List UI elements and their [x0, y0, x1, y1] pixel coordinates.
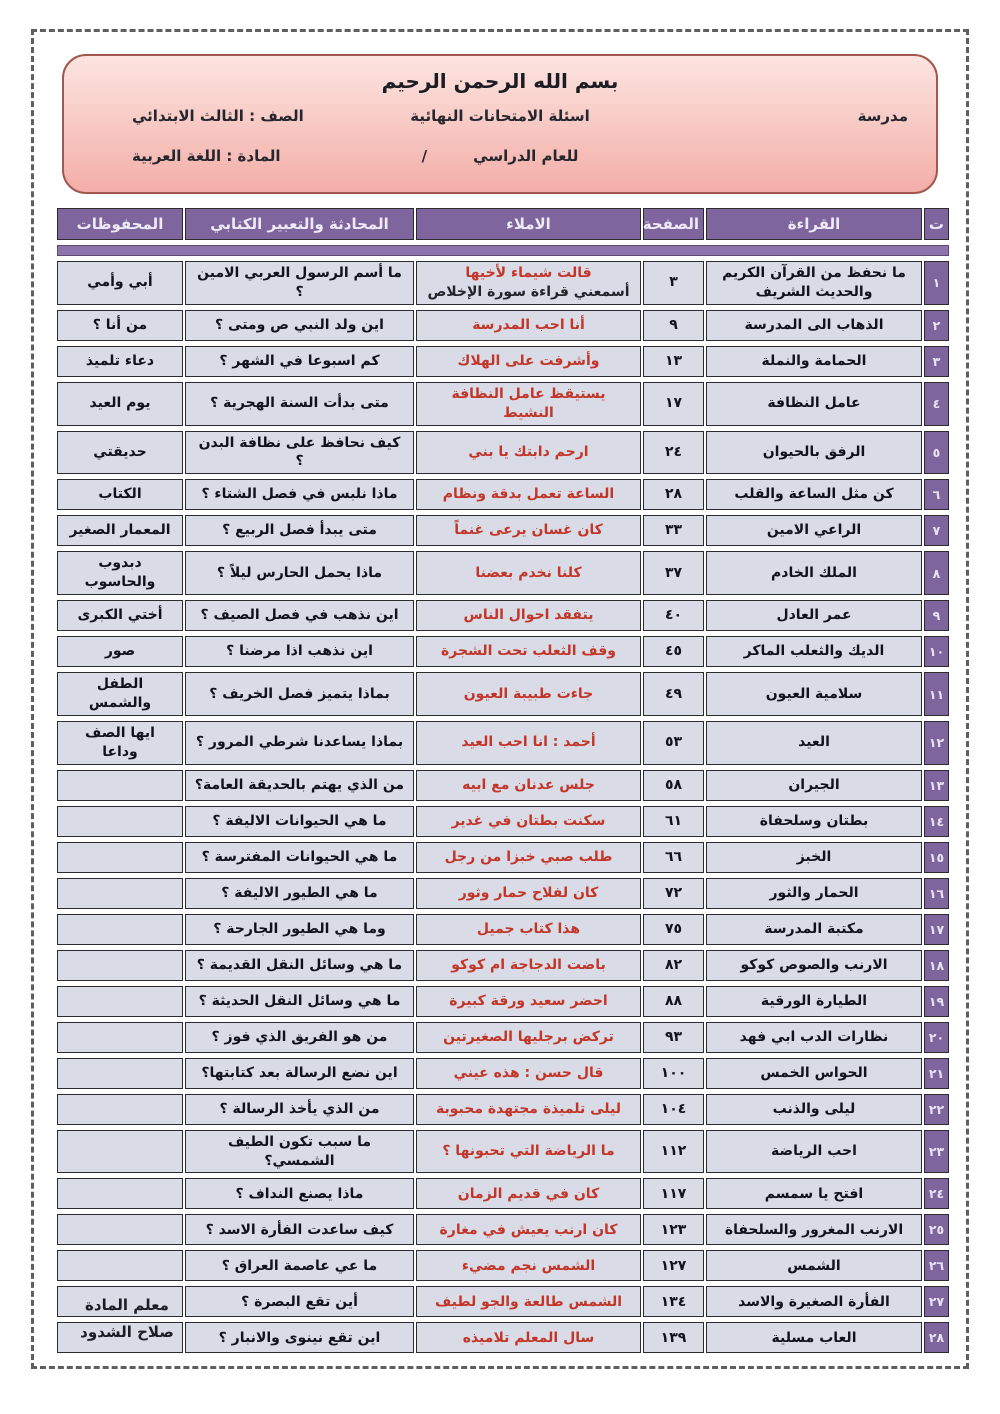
memorization-cell: حديقتي — [57, 431, 183, 475]
table-row: ٢٤ افتح يا سمسم ١١٧ كان في قديم الزمان م… — [57, 1178, 949, 1209]
header-spacer — [664, 147, 908, 165]
row-number: ٢١ — [924, 1058, 949, 1089]
page-cell: ٤٠ — [643, 600, 704, 631]
row-number: ٦ — [924, 479, 949, 510]
reading-cell: الارنب المغرور والسلحفاة — [706, 1214, 922, 1245]
dictation-line1: كان غسان يرعى غنماً — [425, 521, 632, 540]
dictation-cell: الشمس طالعة والجو لطيف — [416, 1286, 641, 1317]
dictation-line1: وأشرفت على الهلاك — [425, 352, 632, 371]
table-row: ٢٣ احب الرياضة ١١٢ ما الرياضة التي تحبون… — [57, 1130, 949, 1174]
reading-cell: الحمامة والنملة — [706, 346, 922, 377]
reading-cell: ما نحفظ من القرآن الكريم والحديث الشريف — [706, 261, 922, 305]
row-number: ٢٧ — [924, 1286, 949, 1317]
reading-cell: الشمس — [706, 1250, 922, 1281]
dictation-line1: الساعة تعمل بدقة ونظام — [425, 485, 632, 504]
row-number: ١٨ — [924, 950, 949, 981]
header-info-row2: للعام الدراسي/ المادة : اللغة العربية — [64, 125, 936, 165]
row-number: ١٠ — [924, 636, 949, 667]
dictation-cell: قالت شيماء لأخيهاأسمعني قراءة سورة الإخل… — [416, 261, 641, 305]
row-number: ١٧ — [924, 914, 949, 945]
row-number: ٢٦ — [924, 1250, 949, 1281]
reading-cell: الملك الخادم — [706, 551, 922, 595]
col-header-page: الصفحة — [643, 208, 704, 240]
page-cell: ٨٢ — [643, 950, 704, 981]
table-row: ١٣ الجيران ٥٨ جلس عدنان مع ابيه من الذي … — [57, 770, 949, 801]
memorization-cell: ايها الصف وداعا — [57, 721, 183, 765]
dictation-cell: سكنت بطتان في غدير — [416, 806, 641, 837]
conversation-cell: متى يبدأ فصل الربيع ؟ — [185, 515, 414, 546]
page-cell: ٩٣ — [643, 1022, 704, 1053]
dictation-cell: جلس عدنان مع ابيه — [416, 770, 641, 801]
memorization-cell — [57, 842, 183, 873]
conversation-cell: كم اسبوعا في الشهر ؟ — [185, 346, 414, 377]
memorization-cell — [57, 986, 183, 1017]
row-number: ٣ — [924, 346, 949, 377]
memorization-cell: دبدوب والحاسوب — [57, 551, 183, 595]
reading-cell: نظارات الدب ابي فهد — [706, 1022, 922, 1053]
dictation-line1: باضت الدجاجة ام كوكو — [425, 956, 632, 975]
memorization-cell — [57, 1130, 183, 1174]
memorization-cell: أختي الكبرى — [57, 600, 183, 631]
reading-cell: احب الرياضة — [706, 1130, 922, 1174]
page-cell: ١٢٣ — [643, 1214, 704, 1245]
memorization-cell — [57, 878, 183, 909]
dictation-line1: احضر سعيد ورقة كبيرة — [425, 992, 632, 1011]
school-label: مدرسة — [664, 107, 908, 125]
col-header-memorization: المحفوظات — [57, 208, 183, 240]
exam-document-page: { "header": { "basmala": "بسم الله الرحم… — [0, 0, 1000, 1414]
reading-cell: الارنب والصوص كوكو — [706, 950, 922, 981]
reading-cell: الجيران — [706, 770, 922, 801]
conversation-cell: اين نذهب اذا مرضنا ؟ — [185, 636, 414, 667]
reading-cell: ليلى والذنب — [706, 1094, 922, 1125]
dictation-line1: طلب صبي خبزا من رجل — [425, 848, 632, 867]
conversation-cell: اين ولد النبي ص ومتى ؟ — [185, 310, 414, 341]
page-cell: ١٣٤ — [643, 1286, 704, 1317]
reading-cell: افتح يا سمسم — [706, 1178, 922, 1209]
memorization-cell: من أنا ؟ — [57, 310, 183, 341]
reading-cell: الفأرة الصغيرة والاسد — [706, 1286, 922, 1317]
dictation-cell: كان في قديم الزمان — [416, 1178, 641, 1209]
table-row: ١٤ بطتان وسلحفاة ٦١ سكنت بطتان في غدير م… — [57, 806, 949, 837]
row-number: ٢ — [924, 310, 949, 341]
row-number: ٢٨ — [924, 1322, 949, 1353]
page-cell: ٩ — [643, 310, 704, 341]
row-number: ١٤ — [924, 806, 949, 837]
table-row: ١٦ الحمار والثور ٧٢ كان لفلاح حمار وثور … — [57, 878, 949, 909]
table-row: ١٧ مكتبة المدرسة ٧٥ هذا كتاب جميل وما هي… — [57, 914, 949, 945]
memorization-cell — [57, 1214, 183, 1245]
col-header-conversation: المحادثة والتعبير الكتابي — [185, 208, 414, 240]
page-cell: ٧٥ — [643, 914, 704, 945]
memorization-cell — [57, 1058, 183, 1089]
conversation-cell: ما عي عاصمة العراق ؟ — [185, 1250, 414, 1281]
page-cell: ٣٣ — [643, 515, 704, 546]
reading-cell: كن مثل الساعة والقلب — [706, 479, 922, 510]
reading-cell: الطيارة الورقية — [706, 986, 922, 1017]
reading-cell: سلامية العيون — [706, 672, 922, 716]
page-cell: ١٢٧ — [643, 1250, 704, 1281]
dictation-line1: الشمس طالعة والجو لطيف — [425, 1293, 632, 1312]
dictation-line1: هذا كتاب جميل — [425, 920, 632, 939]
dictation-line1: يستيقظ عامل النظافة النشيط — [425, 385, 632, 423]
table-row: ٢٠ نظارات الدب ابي فهد ٩٣ تركض برجليها ا… — [57, 1022, 949, 1053]
dictation-cell: ارحم دابتك يا بني — [416, 431, 641, 475]
page-cell: ٥٣ — [643, 721, 704, 765]
page-cell: ١١٢ — [643, 1130, 704, 1174]
subject-label: المادة : اللغة العربية — [92, 147, 336, 165]
dictation-line1: أحمد : انا احب العيد — [425, 733, 632, 752]
page-cell: ١١٧ — [643, 1178, 704, 1209]
conversation-cell: ما هي وسائل النقل القديمة ؟ — [185, 950, 414, 981]
dictation-cell: جاءت طبيبة العيون — [416, 672, 641, 716]
memorization-cell — [57, 1250, 183, 1281]
exam-table-body: ١ ما نحفظ من القرآن الكريم والحديث الشري… — [57, 261, 949, 1353]
conversation-cell: ماذا يحمل الحارس ليلاً ؟ — [185, 551, 414, 595]
page-cell: ١٣٩ — [643, 1322, 704, 1353]
dictation-line1: وقف الثعلب تحت الشجرة — [425, 642, 632, 661]
teacher-label: معلم المادة — [62, 1292, 192, 1319]
dictation-line1: تركض برجليها الصغيرتين — [425, 1028, 632, 1047]
reading-cell: العيد — [706, 721, 922, 765]
row-number: ١٣ — [924, 770, 949, 801]
table-row: ٩ عمر العادل ٤٠ يتفقد احوال الناس اين نذ… — [57, 600, 949, 631]
dictation-cell: باضت الدجاجة ام كوكو — [416, 950, 641, 981]
memorization-cell — [57, 806, 183, 837]
page-cell: ٦٦ — [643, 842, 704, 873]
dictation-line1: أنا احب المدرسة — [425, 316, 632, 335]
page-cell: ١٠٤ — [643, 1094, 704, 1125]
page-cell: ٢٤ — [643, 431, 704, 475]
reading-cell: عامل النظافة — [706, 382, 922, 426]
dictation-line1: كان لفلاح حمار وثور — [425, 884, 632, 903]
memorization-cell: صور — [57, 636, 183, 667]
dictation-cell: وقف الثعلب تحت الشجرة — [416, 636, 641, 667]
page-cell: ٨٨ — [643, 986, 704, 1017]
memorization-cell — [57, 1022, 183, 1053]
conversation-cell: وما هي الطيور الجارحة ؟ — [185, 914, 414, 945]
row-number: ١ — [924, 261, 949, 305]
dictation-cell: أنا احب المدرسة — [416, 310, 641, 341]
basmala-title: بسم الله الرحمن الرحيم — [64, 56, 936, 93]
page-cell: ١٣ — [643, 346, 704, 377]
table-row: ٣ الحمامة والنملة ١٣ وأشرفت على الهلاك ك… — [57, 346, 949, 377]
dictation-cell: كان لفلاح حمار وثور — [416, 878, 641, 909]
dictation-line1: ما الرياضة التي تحبونها ؟ — [425, 1142, 632, 1161]
dictation-cell: كان ارنب يعيش في مغارة — [416, 1214, 641, 1245]
table-row: ١٩ الطيارة الورقية ٨٨ احضر سعيد ورقة كبي… — [57, 986, 949, 1017]
conversation-cell: ما أسم الرسول العربي الامين ؟ — [185, 261, 414, 305]
row-number: ٢٥ — [924, 1214, 949, 1245]
reading-cell: الخبز — [706, 842, 922, 873]
dictation-line1: كلنا نخدم بعضنا — [425, 564, 632, 583]
dictation-cell: كلنا نخدم بعضنا — [416, 551, 641, 595]
row-number: ٢٢ — [924, 1094, 949, 1125]
dictation-cell: الشمس نجم مضيء — [416, 1250, 641, 1281]
reading-cell: الذهاب الى المدرسة — [706, 310, 922, 341]
conversation-cell: من الذي يأخذ الرسالة ؟ — [185, 1094, 414, 1125]
dictation-cell: هذا كتاب جميل — [416, 914, 641, 945]
page-cell: ٣٧ — [643, 551, 704, 595]
table-row: ٨ الملك الخادم ٣٧ كلنا نخدم بعضنا ماذا ي… — [57, 551, 949, 595]
memorization-cell: دعاء تلميذ — [57, 346, 183, 377]
conversation-cell: ما هي الحيوانات الاليفة ؟ — [185, 806, 414, 837]
header-info-row1: مدرسة اسئلة الامتحانات النهائية الصف : ا… — [64, 93, 936, 125]
conversation-cell: بماذا يتميز فصل الخريف ؟ — [185, 672, 414, 716]
dictation-cell: يتفقد احوال الناس — [416, 600, 641, 631]
page-cell: ٤٥ — [643, 636, 704, 667]
dictation-line1: قالت شيماء لأخيها — [425, 264, 632, 283]
conversation-cell: اين تقع نينوى والانبار ؟ — [185, 1322, 414, 1353]
table-row: ٥ الرفق بالحيوان ٢٤ ارحم دابتك يا بني كي… — [57, 431, 949, 475]
table-row: ٧ الراعي الامين ٣٣ كان غسان يرعى غنماً م… — [57, 515, 949, 546]
dictation-cell: أحمد : انا احب العيد — [416, 721, 641, 765]
table-row: ١١ سلامية العيون ٤٩ جاءت طبيبة العيون بم… — [57, 672, 949, 716]
conversation-cell: اين نضع الرسالة بعد كتابتها؟ — [185, 1058, 414, 1089]
row-number: ٤ — [924, 382, 949, 426]
table-row: ١٨ الارنب والصوص كوكو ٨٢ باضت الدجاجة ام… — [57, 950, 949, 981]
conversation-cell: من الذي يهتم بالحديقة العامة؟ — [185, 770, 414, 801]
exam-header-box: بسم الله الرحمن الرحيم مدرسة اسئلة الامت… — [62, 54, 938, 194]
table-row: ٢٢ ليلى والذنب ١٠٤ ليلى تلميذة مجتهدة مح… — [57, 1094, 949, 1125]
conversation-cell: ما هي الحيوانات المفترسة ؟ — [185, 842, 414, 873]
dictation-cell: الساعة تعمل بدقة ونظام — [416, 479, 641, 510]
dictation-line1: كان ارنب يعيش في مغارة — [425, 1221, 632, 1240]
table-row: ٢٥ الارنب المغرور والسلحفاة ١٢٣ كان ارنب… — [57, 1214, 949, 1245]
row-number: ٢٠ — [924, 1022, 949, 1053]
teacher-name: صلاح الشدود — [62, 1319, 192, 1346]
page-cell: ٦١ — [643, 806, 704, 837]
page-cell: ٢٨ — [643, 479, 704, 510]
dictation-cell: تركض برجليها الصغيرتين — [416, 1022, 641, 1053]
page-cell: ٧٢ — [643, 878, 704, 909]
col-header-reading: القراءة — [706, 208, 922, 240]
row-number: ١٢ — [924, 721, 949, 765]
conversation-cell: متى بدأت السنة الهجرية ؟ — [185, 382, 414, 426]
dictation-line2: أسمعني قراءة سورة الإخلاص — [425, 283, 632, 302]
year-text: للعام الدراسي — [473, 147, 578, 165]
dictation-line1: سكنت بطتان في غدير — [425, 812, 632, 831]
dictation-line1: كان في قديم الزمان — [425, 1185, 632, 1204]
conversation-cell: ما هي الطيور الاليفة ؟ — [185, 878, 414, 909]
row-number: ٨ — [924, 551, 949, 595]
dictation-cell: ما الرياضة التي تحبونها ؟ — [416, 1130, 641, 1174]
row-number: ٢٣ — [924, 1130, 949, 1174]
memorization-cell — [57, 914, 183, 945]
dictation-line1: يتفقد احوال الناس — [425, 606, 632, 625]
row-number: ١٥ — [924, 842, 949, 873]
dictation-line1: ليلى تلميذة مجتهدة محبوبة — [425, 1100, 632, 1119]
col-header-dictation: الاملاء — [416, 208, 641, 240]
memorization-cell: الطفل والشمس — [57, 672, 183, 716]
row-number: ٢٤ — [924, 1178, 949, 1209]
conversation-cell: من هو الفريق الذي فوز ؟ — [185, 1022, 414, 1053]
dictation-cell: وأشرفت على الهلاك — [416, 346, 641, 377]
page-cell: ٣ — [643, 261, 704, 305]
school-year-label: للعام الدراسي/ — [336, 147, 665, 165]
row-number: ٩ — [924, 600, 949, 631]
conversation-cell: ماذا يصنع النداف ؟ — [185, 1178, 414, 1209]
dictation-line1: الشمس نجم مضيء — [425, 1257, 632, 1276]
row-number: ٧ — [924, 515, 949, 546]
dictation-cell: كان غسان يرعى غنماً — [416, 515, 641, 546]
row-number: ١٦ — [924, 878, 949, 909]
grade-label: الصف : الثالث الابتدائي — [92, 107, 336, 125]
exam-questions-table: ت القراءة الصفحة الاملاء المحادثة والتعب… — [55, 203, 951, 1358]
reading-cell: العاب مسلية — [706, 1322, 922, 1353]
page-cell: ١٧ — [643, 382, 704, 426]
memorization-cell: أبي وأمي — [57, 261, 183, 305]
dictation-cell: يستيقظ عامل النظافة النشيط — [416, 382, 641, 426]
conversation-cell: كيف نحافظ على نظافة البدن ؟ — [185, 431, 414, 475]
header-strip — [57, 245, 949, 256]
table-row: ١٥ الخبز ٦٦ طلب صبي خبزا من رجل ما هي ال… — [57, 842, 949, 873]
memorization-cell — [57, 1178, 183, 1209]
dictation-line1: جلس عدنان مع ابيه — [425, 776, 632, 795]
memorization-cell: يوم العيد — [57, 382, 183, 426]
row-number: ١٩ — [924, 986, 949, 1017]
dictation-cell: ليلى تلميذة مجتهدة محبوبة — [416, 1094, 641, 1125]
table-row: ٤ عامل النظافة ١٧ يستيقظ عامل النظافة ال… — [57, 382, 949, 426]
page-cell: ٥٨ — [643, 770, 704, 801]
memorization-cell — [57, 950, 183, 981]
table-header-row: ت القراءة الصفحة الاملاء المحادثة والتعب… — [57, 208, 949, 240]
conversation-cell: ما سبب تكون الطيف الشمسي؟ — [185, 1130, 414, 1174]
dictation-line1: سال المعلم تلاميذه — [425, 1329, 632, 1348]
conversation-cell: كيف ساعدت الفأرة الاسد ؟ — [185, 1214, 414, 1245]
dictation-cell: سال المعلم تلاميذه — [416, 1322, 641, 1353]
dictation-line1: قال حسن : هذه عيني — [425, 1064, 632, 1083]
dictation-cell: احضر سعيد ورقة كبيرة — [416, 986, 641, 1017]
memorization-cell — [57, 1094, 183, 1125]
dictation-line1: ارحم دابتك يا بني — [425, 443, 632, 462]
conversation-cell: بماذا يساعدنا شرطي المرور ؟ — [185, 721, 414, 765]
conversation-cell: ما هي وسائل النقل الحديثة ؟ — [185, 986, 414, 1017]
table-row: ١٠ الديك والثعلب الماكر ٤٥ وقف الثعلب تح… — [57, 636, 949, 667]
reading-cell: الديك والثعلب الماكر — [706, 636, 922, 667]
conversation-cell: ماذا نلبس في فصل الشتاء ؟ — [185, 479, 414, 510]
conversation-cell: اين نذهب في فصل الصيف ؟ — [185, 600, 414, 631]
reading-cell: الحمار والثور — [706, 878, 922, 909]
reading-cell: عمر العادل — [706, 600, 922, 631]
page-cell: ١٠٠ — [643, 1058, 704, 1089]
reading-cell: مكتبة المدرسة — [706, 914, 922, 945]
exam-title: اسئلة الامتحانات النهائية — [336, 107, 665, 125]
table-row: ٢١ الحواس الخمس ١٠٠ قال حسن : هذه عيني ا… — [57, 1058, 949, 1089]
memorization-cell: المعمار الصغير — [57, 515, 183, 546]
row-number: ١١ — [924, 672, 949, 716]
col-header-number: ت — [924, 208, 949, 240]
page-cell: ٤٩ — [643, 672, 704, 716]
table-row: ١ ما نحفظ من القرآن الكريم والحديث الشري… — [57, 261, 949, 305]
memorization-cell — [57, 770, 183, 801]
teacher-signature: معلم المادة صلاح الشدود — [62, 1292, 192, 1346]
reading-cell: بطتان وسلحفاة — [706, 806, 922, 837]
conversation-cell: أين تقع البصرة ؟ — [185, 1286, 414, 1317]
table-row: ٢٦ الشمس ١٢٧ الشمس نجم مضيء ما عي عاصمة … — [57, 1250, 949, 1281]
dictation-cell: قال حسن : هذه عيني — [416, 1058, 641, 1089]
table-row: ١٢ العيد ٥٣ أحمد : انا احب العيد بماذا ي… — [57, 721, 949, 765]
table-row: ٦ كن مثل الساعة والقلب ٢٨ الساعة تعمل بد… — [57, 479, 949, 510]
dictation-cell: طلب صبي خبزا من رجل — [416, 842, 641, 873]
reading-cell: الحواس الخمس — [706, 1058, 922, 1089]
dictation-line1: جاءت طبيبة العيون — [425, 685, 632, 704]
row-number: ٥ — [924, 431, 949, 475]
memorization-cell: الكتاب — [57, 479, 183, 510]
year-slash: / — [422, 147, 427, 165]
reading-cell: الراعي الامين — [706, 515, 922, 546]
table-row: ٢ الذهاب الى المدرسة ٩ أنا احب المدرسة ا… — [57, 310, 949, 341]
reading-cell: الرفق بالحيوان — [706, 431, 922, 475]
